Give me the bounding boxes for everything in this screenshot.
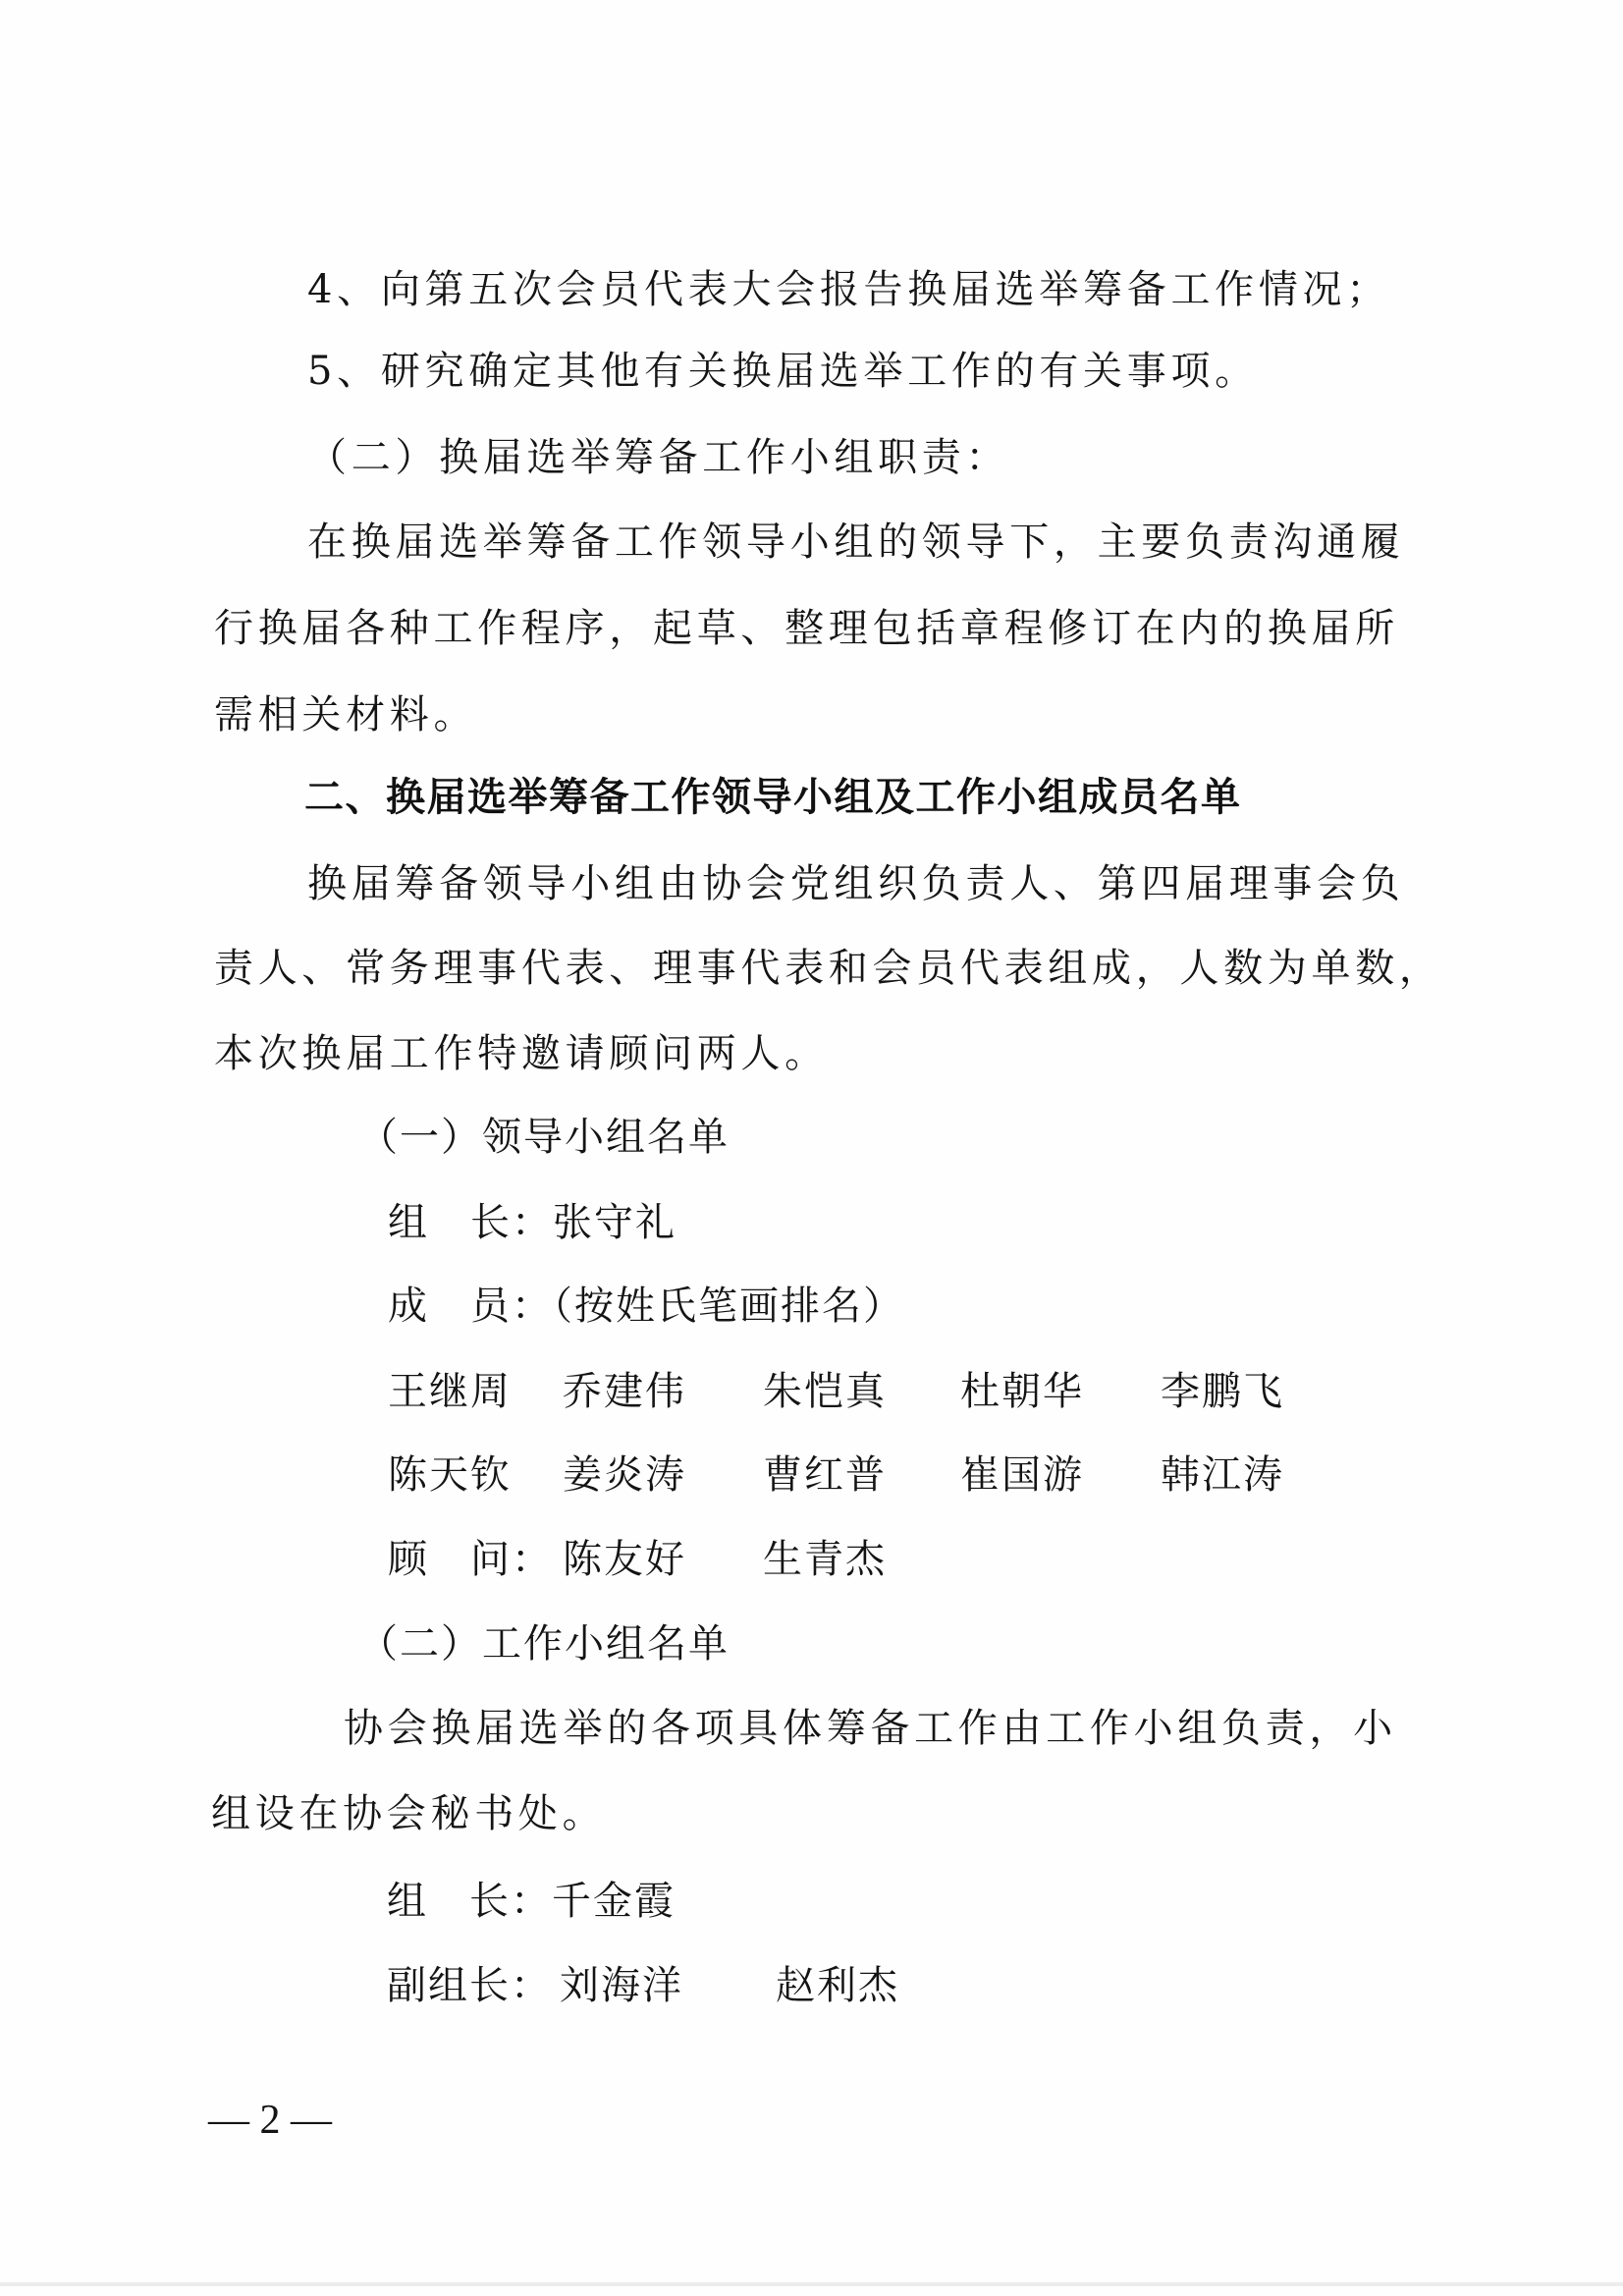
leader-label: 组 长： <box>387 1879 552 1924</box>
paragraph-line: 在换届选举筹备工作领导小组的领导下，主要负责沟通履 <box>307 519 1405 566</box>
paragraph-line: 本次换届工作特邀请顾问两人。 <box>214 1030 829 1077</box>
deputy-name: 刘海洋 <box>560 1962 683 2009</box>
paragraph-line: 组设在协会秘书处。 <box>211 1790 606 1837</box>
subsection-title: （二）换届选举筹备工作小组职责： <box>307 434 1009 481</box>
paragraph-line: 协会换届选举的各项具体筹备工作由工作小组负责，小 <box>344 1705 1397 1752</box>
paragraph-line: 换届筹备领导小组由协会党组织负责人、第四届理事会负 <box>307 860 1405 907</box>
list-item-5: 5、研究确定其他有关换届选举工作的有关事项。 <box>307 348 1259 395</box>
paragraph-line: 行换届各种工作程序，起草、整理包括章程修订在内的换届所 <box>214 605 1399 652</box>
member-name: 杜朝华 <box>960 1368 1084 1415</box>
member-name: 姜炎涛 <box>563 1451 686 1499</box>
leader-label: 组 长： <box>388 1200 553 1245</box>
leader-name: 张守礼 <box>553 1200 676 1245</box>
leader-row: 组 长：张守礼 <box>388 1199 676 1246</box>
member-name: 王继周 <box>388 1368 512 1415</box>
paragraph-line: 责人、常务理事代表、理事代表和会员代表组成，人数为单数， <box>214 945 1443 992</box>
paragraph-line: 需相关材料。 <box>214 691 477 738</box>
advisors-label: 顾 问： <box>388 1536 553 1583</box>
member-name: 崔国游 <box>960 1451 1084 1499</box>
member-name: 韩江涛 <box>1161 1451 1284 1499</box>
member-name: 曹红普 <box>763 1451 887 1499</box>
deputy-name: 赵利杰 <box>776 1962 899 2009</box>
scan-edge <box>0 2282 1623 2286</box>
section-heading: 二、换届选举筹备工作领导小组及工作小组成员名单 <box>304 774 1242 821</box>
member-name: 李鹏飞 <box>1161 1368 1284 1415</box>
document-page: 4、向第五次会员代表大会报告换届选举筹备工作情况； 5、研究确定其他有关换届选举… <box>0 0 1623 2296</box>
member-name: 陈天钦 <box>388 1451 512 1499</box>
page-number: — 2 — <box>208 2097 332 2144</box>
members-label: 成 员：（按姓氏笔画排名） <box>388 1283 904 1330</box>
list-item-4: 4、向第五次会员代表大会报告换届选举筹备工作情况； <box>307 266 1390 313</box>
leader-name: 千金霞 <box>552 1879 676 1924</box>
advisor-name: 生青杰 <box>763 1536 887 1583</box>
working-group-title: （二）工作小组名单 <box>358 1620 730 1667</box>
deputy-label: 副组长： <box>387 1962 552 2009</box>
working-leader-row: 组 长：千金霞 <box>387 1878 676 1925</box>
leadership-group-title: （一）领导小组名单 <box>358 1114 730 1161</box>
member-name: 朱恺真 <box>763 1368 887 1415</box>
member-name: 乔建伟 <box>563 1368 686 1415</box>
advisor-name: 陈友好 <box>563 1536 686 1583</box>
